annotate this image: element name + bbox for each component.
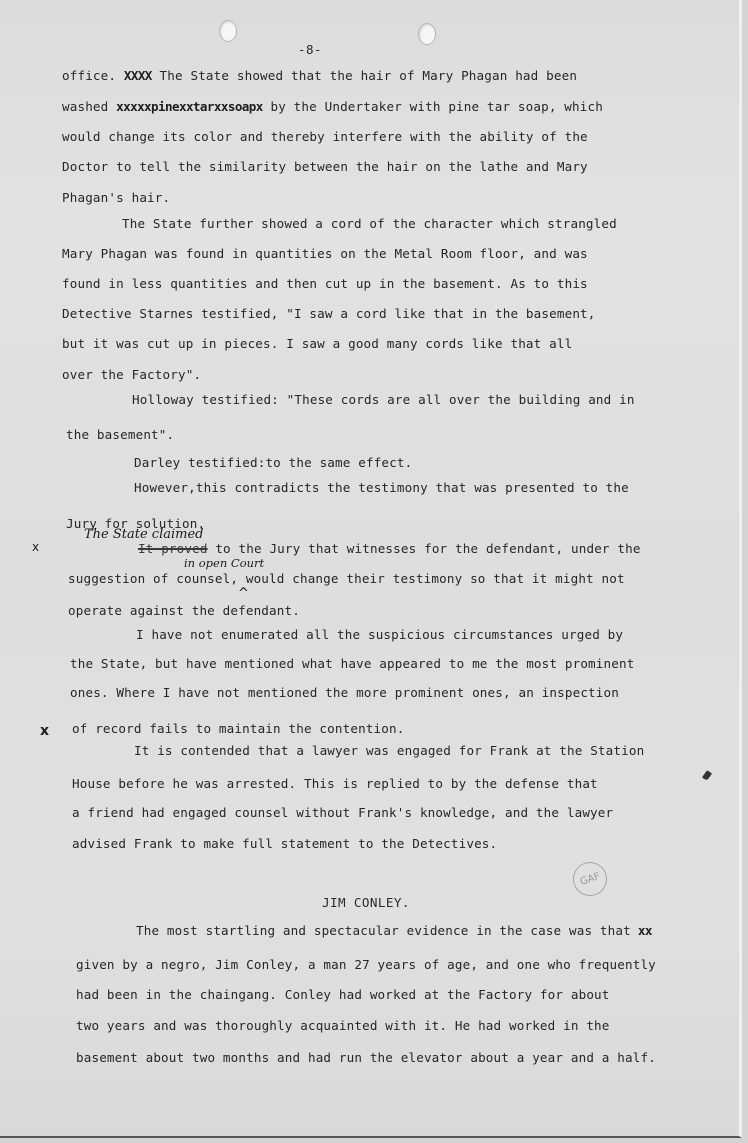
text-line: the State, but have mentioned what have …: [70, 656, 634, 671]
typed-strikeout: XXXX: [124, 68, 152, 83]
text-line: It is contended that a lawyer was engage…: [134, 743, 644, 758]
punch-hole: [219, 20, 237, 42]
text-line: Holloway testified: "These cords are all…: [132, 392, 635, 407]
text-line: the basement".: [66, 427, 174, 442]
text-line: operate against the defendant.: [68, 603, 300, 618]
text-line: Darley testified:to the same effect.: [134, 455, 412, 470]
line-text: by the Undertaker with pine tar soap, wh…: [263, 99, 603, 114]
text-line: advised Frank to make full statement to …: [72, 836, 497, 851]
text-line: Detective Starnes testified, "I saw a co…: [62, 306, 596, 321]
line-text: washed: [62, 99, 116, 114]
line-text: The most startling and spectacular evide…: [136, 923, 631, 938]
punch-hole: [418, 23, 436, 45]
margin-x-mark: x: [40, 723, 49, 739]
margin-x-mark: x: [32, 540, 39, 554]
text-line: would change its color and thereby inter…: [62, 129, 588, 144]
section-heading: JIM CONLEY.: [322, 895, 410, 910]
text-line: suggestion of counsel, would change thei…: [68, 571, 625, 586]
text-line: The State further showed a cord of the c…: [122, 216, 617, 231]
text-line: had been in the chaingang. Conley had wo…: [76, 987, 610, 1002]
text-line: basement about two months and had run th…: [76, 1050, 656, 1065]
insertion-caret: ^: [238, 586, 249, 601]
text-line: over the Factory".: [62, 367, 201, 382]
text-line: Doctor to tell the similarity between th…: [62, 159, 588, 174]
text-line: House before he was arrested. This is re…: [72, 776, 598, 791]
typed-strikeout: xxxxxpinexxtarxxsoapx: [116, 99, 263, 114]
text-line: given by a negro, Jim Conley, a man 27 y…: [76, 957, 656, 972]
text-line: a friend had engaged counsel without Fra…: [72, 805, 613, 820]
struck-text: It proved: [138, 541, 208, 556]
line-text: to the Jury that witnesses for the defen…: [208, 541, 641, 556]
text-line: I have not enumerated all the suspicious…: [136, 627, 623, 642]
text-line: The most startling and spectacular evide…: [136, 923, 652, 938]
text-line: but it was cut up in pieces. I saw a goo…: [62, 336, 572, 351]
ink-mark: [702, 770, 712, 781]
text-line: Mary Phagan was found in quantities on t…: [62, 246, 588, 261]
line-text: office.: [62, 68, 124, 83]
document-page: -8- office. XXXX The State showed that t…: [0, 0, 742, 1138]
page-number: -8-: [298, 42, 322, 57]
handwritten-insertion: The State claimed: [84, 527, 204, 542]
text-line: Phagan's hair.: [62, 190, 170, 205]
text-line: found in less quantities and then cut up…: [62, 276, 588, 291]
text-line: ones. Where I have not mentioned the mor…: [70, 685, 619, 700]
text-line: washed xxxxxpinexxtarxxsoapx by the Unde…: [62, 99, 603, 114]
text-line: However,this contradicts the testimony t…: [134, 480, 629, 495]
text-line: office. XXXX The State showed that the h…: [62, 68, 577, 83]
text-line: It proved to the Jury that witnesses for…: [138, 541, 641, 556]
handwritten-insertion: in open Court: [184, 556, 264, 570]
line-text: The State showed that the hair of Mary P…: [152, 68, 577, 83]
text-line: two years and was thoroughly acquainted …: [76, 1018, 610, 1033]
typed-strikeout: xx: [631, 923, 652, 938]
initials-stamp: GAF: [569, 858, 612, 901]
text-line: of record fails to maintain the contenti…: [72, 721, 404, 736]
